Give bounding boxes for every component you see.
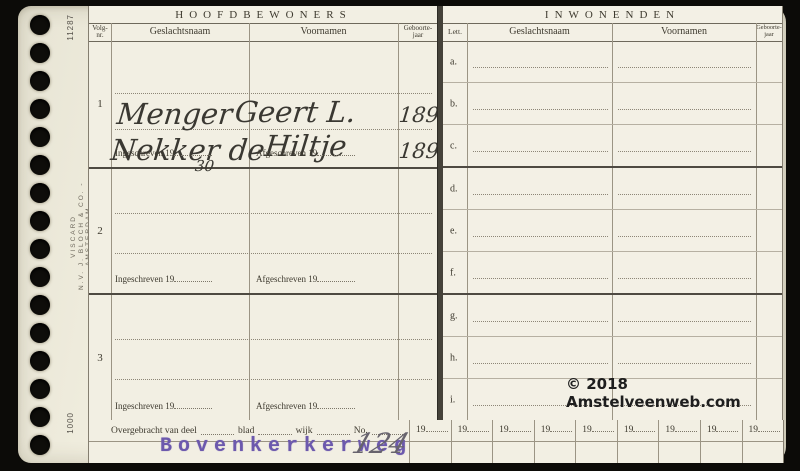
year-cell-empty (575, 442, 617, 463)
table-row: b. (443, 83, 782, 125)
write-line (115, 213, 432, 214)
handwritten-forename: Geert L. (233, 95, 357, 129)
row-letter: i. (450, 395, 455, 406)
dotted-leader (467, 423, 489, 432)
serial-number-bottom: 1000 (66, 412, 75, 434)
dotted-leader (675, 423, 697, 432)
write-line (618, 236, 751, 237)
punch-hole-icon (30, 295, 50, 315)
year-cell-empty (658, 442, 700, 463)
copyright-watermark: © 2018 Amstelveenweb.com (566, 375, 786, 411)
write-line (618, 321, 751, 322)
afgeschreven-label: Afgeschreven 19 (256, 400, 355, 411)
punch-hole-icon (30, 155, 50, 175)
table-row: d. (443, 168, 782, 210)
dotted-leader (317, 147, 355, 156)
hoofdbewoners-table: HOOFDBEWONERS Volg- nr. Geslachtsnaam Vo… (88, 6, 438, 422)
col-geboortejaar: Geboorte- jaar (756, 25, 782, 38)
write-line (473, 363, 608, 364)
punch-hole-icon (30, 99, 50, 119)
table-row: h. (443, 337, 782, 379)
dotted-leader (174, 400, 212, 409)
row-number: 1 (89, 98, 111, 110)
dotted-leader (317, 273, 355, 282)
table-row: a. (443, 41, 782, 83)
dotted-leader (592, 423, 614, 432)
binder-holes (30, 15, 50, 455)
table-row: c. (443, 125, 782, 168)
punch-hole-icon (30, 323, 50, 343)
write-line (618, 151, 751, 152)
dotted-leader (758, 423, 780, 432)
row-letter: f. (450, 268, 456, 279)
table-row: g. (443, 295, 782, 337)
table-row: e. (443, 210, 782, 252)
write-line (473, 109, 608, 110)
row-letter: h. (450, 353, 458, 364)
year-cell: 19 (492, 420, 534, 441)
year-cell: 19 (742, 420, 784, 441)
row-letter: g. (450, 311, 458, 322)
year-cell: 19 (534, 420, 576, 441)
table-row: 1 Menger Geert L. 1896 Nekker de Hiltje … (89, 41, 438, 169)
year-cell: 19 (700, 420, 742, 441)
dotted-leader (174, 147, 212, 156)
punch-hole-icon (30, 239, 50, 259)
year-cell-empty (700, 442, 742, 463)
row-number: 2 (89, 225, 111, 237)
dotted-leader (174, 273, 212, 282)
col-geslachtsnaam: Geslachtsnaam (467, 27, 612, 38)
afgeschreven-label: Afgeschreven 19 (256, 147, 355, 158)
wijk-label: wijk (296, 426, 313, 436)
row-letter: c. (450, 141, 457, 152)
dotted-leader (509, 423, 531, 432)
write-line (618, 363, 751, 364)
year-cell-empty (742, 442, 784, 463)
dotted-leader (201, 426, 234, 435)
punch-hole-icon (30, 407, 50, 427)
punch-hole-icon (30, 267, 50, 287)
write-line (473, 151, 608, 152)
row-letter: a. (450, 57, 457, 68)
year-cell-empty (617, 442, 659, 463)
write-line (115, 93, 432, 94)
inwonenden-table: INWONENDEN Lett. Geslachtsnaam Voornamen… (443, 6, 783, 422)
row-number: 3 (89, 352, 111, 364)
year-cell: 19 (409, 420, 451, 441)
col-geboortejaar: Geboorte- jaar (398, 25, 438, 40)
punch-hole-icon (30, 435, 50, 455)
col-lett: Lett. (443, 28, 467, 36)
inwonenden-rows: a. b. c. d. e. f. g. h. i. (443, 41, 782, 420)
punch-hole-icon (30, 71, 50, 91)
write-line (618, 194, 751, 195)
write-line (473, 236, 608, 237)
dotted-leader (258, 426, 291, 435)
dotted-leader (716, 423, 738, 432)
row-letter: d. (450, 184, 458, 195)
year-cell: 19 (617, 420, 659, 441)
col-voornamen: Voornamen (249, 27, 398, 38)
year-cell: 19 (658, 420, 700, 441)
write-line (473, 67, 608, 68)
hoofdbewoners-title: HOOFDBEWONERS (89, 9, 438, 21)
dotted-leader (426, 423, 448, 432)
year-cell-empty (534, 442, 576, 463)
row-letter: e. (450, 226, 457, 237)
year-cell-empty (451, 442, 493, 463)
punch-hole-icon (30, 351, 50, 371)
dotted-leader (317, 426, 350, 435)
table-row: 3 Ingeschreven 19 Afgeschreven 19 (89, 295, 438, 420)
blad-label: blad (238, 426, 254, 436)
write-line (115, 253, 432, 254)
ingeschreven-label: Ingeschreven 19 (115, 400, 212, 411)
year-cell: 19 (575, 420, 617, 441)
punch-hole-icon (30, 183, 50, 203)
ingeschreven-label: Ingeschreven 19 (115, 273, 212, 284)
overgebracht-label: Overgebracht van deel (111, 426, 197, 436)
write-line (115, 379, 432, 380)
punch-hole-icon (30, 127, 50, 147)
write-line (473, 194, 608, 195)
year-cells: 19 19 19 19 19 19 19 19 19 (409, 420, 783, 441)
year-cells-empty (409, 442, 783, 463)
col-volgnr: Volg- nr. (89, 25, 111, 40)
dotted-leader (550, 423, 572, 432)
year-cell: 19 (451, 420, 493, 441)
year-cell-empty (409, 442, 451, 463)
write-line (473, 278, 608, 279)
dotted-leader (633, 423, 655, 432)
printer-name: VISCARD (70, 215, 77, 258)
col-geslachtsnaam: Geslachtsnaam (111, 27, 249, 38)
hoofdbewoners-header: Volg- nr. Geslachtsnaam Voornamen Geboor… (89, 23, 438, 42)
table-row: f. (443, 252, 782, 295)
write-line (618, 67, 751, 68)
punch-hole-icon (30, 43, 50, 63)
afgeschreven-label: Afgeschreven 19 (256, 273, 355, 284)
punch-hole-icon (30, 211, 50, 231)
write-line (115, 339, 432, 340)
year-cell-empty (492, 442, 534, 463)
write-line (618, 109, 751, 110)
dotted-leader (317, 400, 355, 409)
handwritten-surname: Menger (115, 97, 234, 131)
punch-hole-icon (30, 379, 50, 399)
col-voornamen: Voornamen (612, 27, 756, 38)
inwonenden-title: INWONENDEN (443, 9, 782, 21)
write-line (473, 321, 608, 322)
row-letter: b. (450, 99, 458, 110)
table-row: 2 Ingeschreven 19 Afgeschreven 19 (89, 169, 438, 295)
write-line (618, 278, 751, 279)
population-register-card: 11287 VISCARD N.V. J. BLOCH & CO. - AMST… (18, 6, 786, 463)
serial-number-top: 11287 (66, 14, 75, 41)
punch-hole-icon (30, 15, 50, 35)
